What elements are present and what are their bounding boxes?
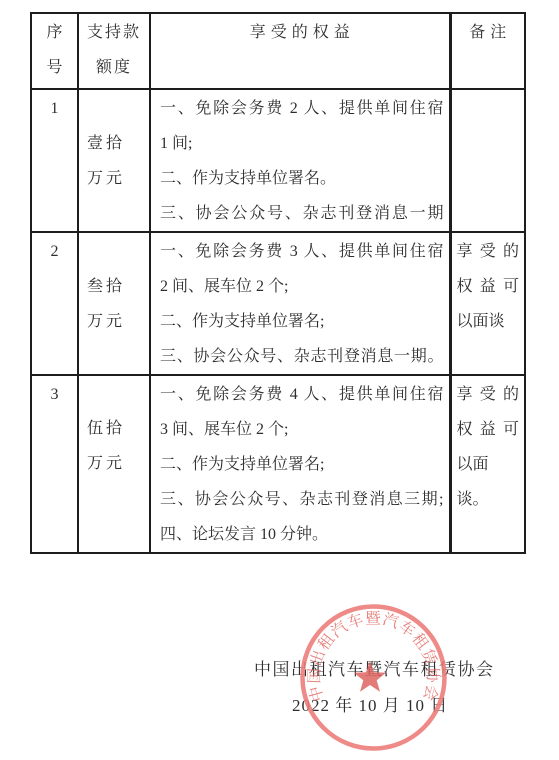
amount-line2: 万元 xyxy=(87,304,149,339)
benefit-line: 四、论坛发言 10 分钟。 xyxy=(160,517,444,552)
support-tiers-table: 序 号 支持款 额度 享受的权益 备注 1 壹拾 万元 一、免除会务费 2 人、… xyxy=(30,12,526,554)
issue-date: 2022 年 10 月 10 日 xyxy=(292,695,448,717)
remark-line: 享受的 xyxy=(457,234,520,269)
header-amount-line1: 支持款 xyxy=(79,15,149,50)
svg-text:中国出租汽车暨汽车租赁协会: 中国出租汽车暨汽车租赁协会 xyxy=(305,609,442,703)
cell-remark xyxy=(450,89,525,232)
benefit-line: 二、作为支持单位署名; xyxy=(160,447,444,482)
table-row: 3 伍拾 万元 一、免除会务费 4 人、提供单间住宿 3 间、展车位 2 个; … xyxy=(31,375,525,553)
cell-benefits: 一、免除会务费 3 人、提供单间住宿 2 间、展车位 2 个; 二、作为支持单位… xyxy=(150,232,450,375)
amount-line1: 叁拾 xyxy=(87,269,149,304)
benefit-line: 一、免除会务费 2 人、提供单间住宿 xyxy=(160,91,444,126)
benefit-line: 二、作为支持单位署名; xyxy=(160,304,444,339)
amount-line1: 伍拾 xyxy=(87,411,149,446)
cell-benefits: 一、免除会务费 2 人、提供单间住宿 1 间; 二、作为支持单位署名。 三、协会… xyxy=(150,89,450,232)
cell-no: 1 xyxy=(31,89,78,232)
cell-amount: 叁拾 万元 xyxy=(78,232,150,375)
benefit-line: 三、协会公众号、杂志刊登消息一期。 xyxy=(160,339,444,374)
table-row: 1 壹拾 万元 一、免除会务费 2 人、提供单间住宿 1 间; 二、作为支持单位… xyxy=(31,89,525,232)
cell-amount: 伍拾 万元 xyxy=(78,375,150,553)
header-cell-benefits: 享受的权益 xyxy=(150,13,450,89)
remark-line: 以面谈 xyxy=(457,304,520,339)
organization-name: 中国出租汽车暨汽车租赁协会 xyxy=(254,659,495,681)
benefit-line: 1 间; xyxy=(160,126,444,161)
amount-line1: 壹拾 xyxy=(87,126,149,161)
amount-line2: 万元 xyxy=(87,446,149,481)
document-page: 序 号 支持款 额度 享受的权益 备注 1 壹拾 万元 一、免除会务费 2 人、… xyxy=(0,0,559,760)
cell-remark: 享受的 权益可 以面谈。 xyxy=(450,375,525,553)
benefit-line: 一、免除会务费 4 人、提供单间住宿 xyxy=(160,377,444,412)
header-cell-remark: 备注 xyxy=(450,13,525,89)
table-row: 2 叁拾 万元 一、免除会务费 3 人、提供单间住宿 2 间、展车位 2 个; … xyxy=(31,232,525,375)
header-cell-amount: 支持款 额度 xyxy=(78,13,150,89)
remark-line: 享受的 xyxy=(457,377,520,412)
cell-amount: 壹拾 万元 xyxy=(78,89,150,232)
benefit-line: 一、免除会务费 3 人、提供单间住宿 xyxy=(160,234,444,269)
benefit-line: 3 间、展车位 2 个; xyxy=(160,412,444,447)
remark-line: 以面谈。 xyxy=(457,447,520,517)
header-no-line2: 号 xyxy=(32,50,77,85)
header-cell-no: 序 号 xyxy=(31,13,78,89)
benefit-line: 三、协会公众号、杂志刊登消息一期 xyxy=(160,196,444,231)
benefit-line: 2 间、展车位 2 个; xyxy=(160,269,444,304)
header-row: 序 号 支持款 额度 享受的权益 备注 xyxy=(31,13,525,89)
benefit-line: 二、作为支持单位署名。 xyxy=(160,161,444,196)
cell-remark: 享受的 权益可 以面谈 xyxy=(450,232,525,375)
remark-line: 权益可 xyxy=(457,269,520,304)
header-no-line1: 序 xyxy=(32,15,77,50)
seal-arc-text: 中国出租汽车暨汽车租赁协会 xyxy=(305,609,442,703)
benefit-line: 三、协会公众号、杂志刊登消息三期; xyxy=(160,482,444,517)
remark-line: 权益可 xyxy=(457,412,520,447)
cell-benefits: 一、免除会务费 4 人、提供单间住宿 3 间、展车位 2 个; 二、作为支持单位… xyxy=(150,375,450,553)
cell-no: 3 xyxy=(31,375,78,553)
header-amount-line2: 额度 xyxy=(79,50,149,85)
cell-no: 2 xyxy=(31,232,78,375)
amount-line2: 万元 xyxy=(87,161,149,196)
